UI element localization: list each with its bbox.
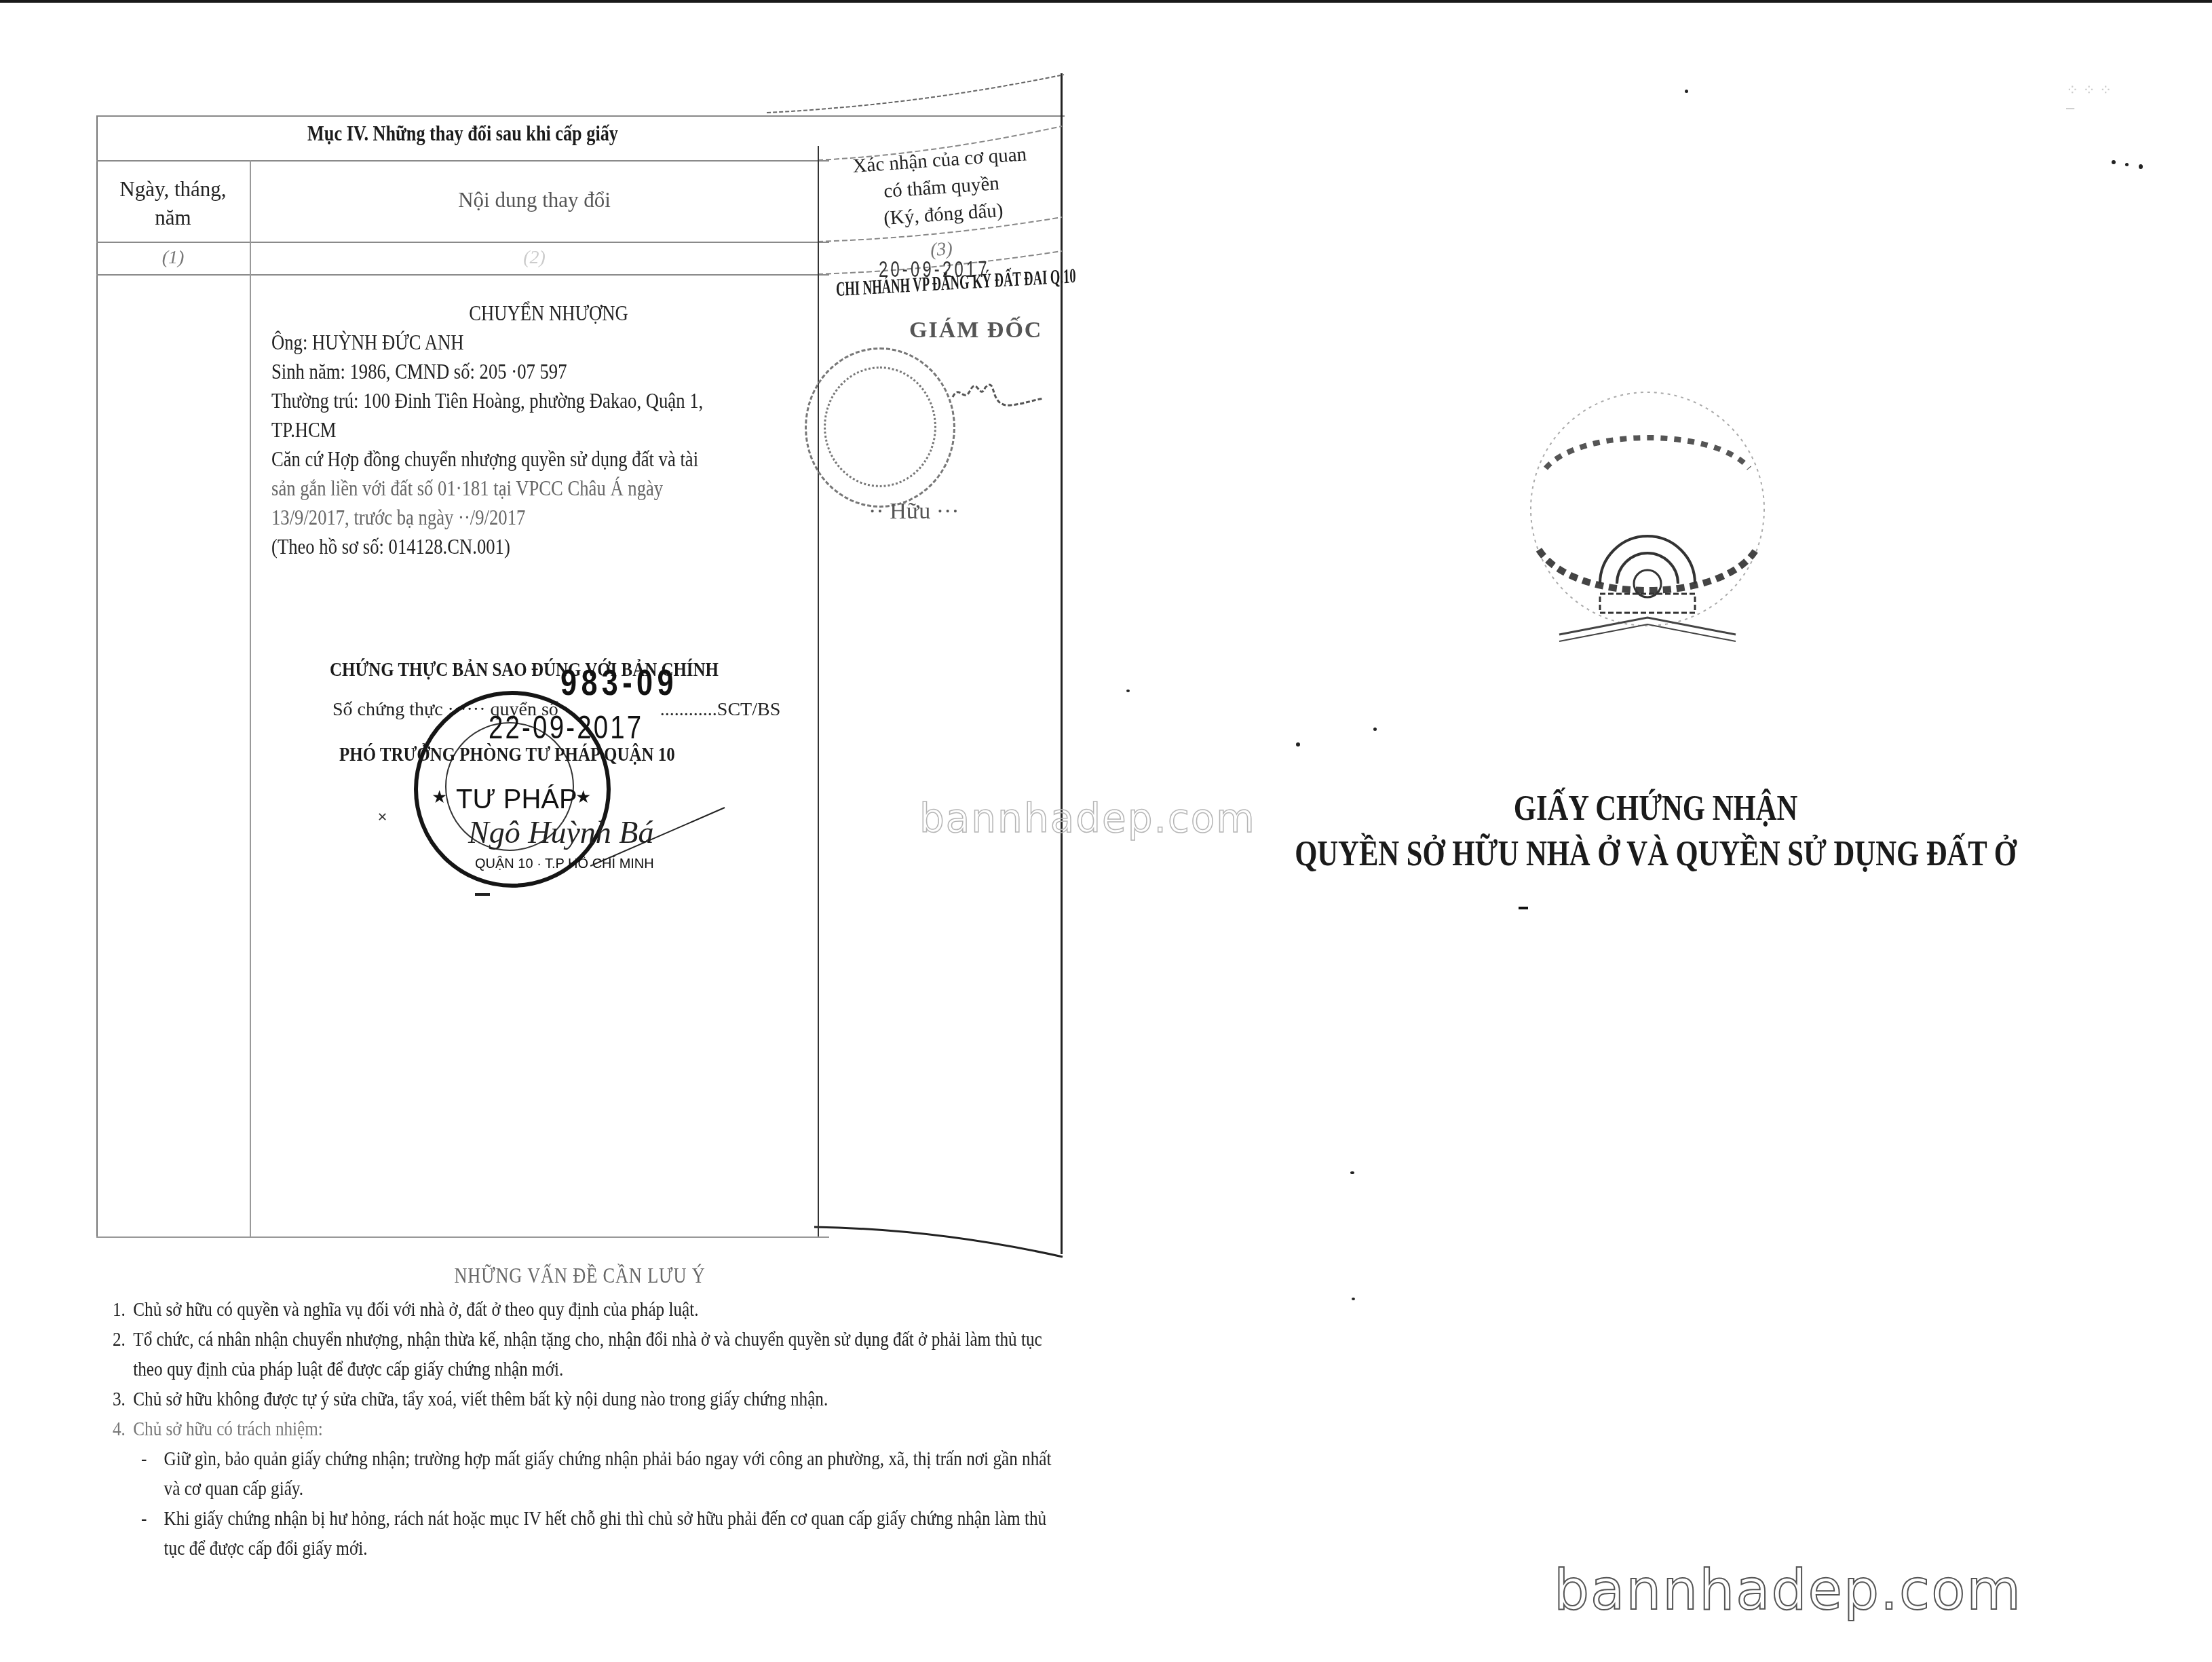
note-text: Chủ sở hữu có trách nhiệm:	[133, 1414, 323, 1444]
scan-mark	[1352, 1298, 1355, 1300]
note-item: 3. Chủ sở hữu không được tự ý sửa chữa, …	[113, 1384, 1053, 1414]
note-number: 2.	[113, 1325, 133, 1384]
note-item: 2. Tổ chức, cá nhân nhận chuyển nhượng, …	[113, 1325, 1053, 1384]
scan-mark: ✕	[377, 810, 387, 820]
confirmation-signature-icon	[950, 370, 1045, 411]
note-sub-item: - Khi giấy chứng nhận bị hư hỏng, rách n…	[113, 1504, 1053, 1564]
scan-mark	[1296, 742, 1300, 747]
certification-number: 983-09	[560, 662, 678, 704]
national-emblem-icon	[1519, 380, 1776, 665]
note-sub-text: Khi giấy chứng nhận bị hư hỏng, rách nát…	[164, 1504, 1053, 1564]
confirmation-role: GIÁM ĐỐC	[909, 318, 1042, 343]
entry-line: sản gắn liền với đất số 01·181 tại VPCC …	[271, 474, 750, 503]
col-header-date-l2: năm	[96, 204, 250, 232]
entry-line: Ông: HUỲNH ĐỨC ANH	[271, 328, 750, 357]
dash-bullet-icon: -	[141, 1444, 164, 1504]
certificate-title-line2: QUYỀN SỞ HỮU NHÀ Ở VÀ QUYỀN SỬ DỤNG ĐẤT …	[1266, 831, 2045, 878]
col-header-content: Nội dung thay đổi	[251, 186, 818, 214]
certification-office: PHÓ TRƯỞNG PHÒNG TƯ PHÁP QUẬN 10	[339, 744, 675, 766]
certificate-title: GIẤY CHỨNG NHẬN QUYỀN SỞ HỮU NHÀ Ở VÀ QU…	[1181, 787, 2131, 878]
rule-under-headers	[96, 242, 829, 243]
scan-mark	[1350, 1171, 1354, 1174]
entry-line: Căn cứ Hợp đồng chuyển nhượng quyền sử d…	[271, 445, 750, 474]
certification-signature-icon	[590, 801, 726, 869]
table-bottom-rule	[96, 1236, 829, 1238]
entry-line: (Theo hồ sơ số: 014128.CN.001)	[271, 532, 750, 561]
entry-heading: CHUYỂN NHƯỢNG	[271, 299, 826, 328]
scan-mark	[2112, 160, 2116, 164]
col-header-date-l1: Ngày, tháng,	[96, 175, 250, 204]
certification-block: CHỨNG THỰC BẢN SAO ĐÚNG VỚI BẢN CHÍNH	[330, 657, 782, 683]
notes-list: 1. Chủ sở hữu có quyền và nghĩa vụ đối v…	[113, 1295, 1053, 1564]
watermark-bottom: bannhadep.com	[1554, 1558, 2022, 1623]
scan-mark	[1126, 690, 1130, 692]
certification-date: 22-09-2017	[489, 709, 643, 747]
corner-faint-marks: ⁘ ⁘ ⁘ –	[2066, 81, 2112, 117]
page-curl-bottom	[814, 1226, 1065, 1260]
section-title: Mục IV. Những thay đổi sau khi cấp giấy	[162, 121, 763, 146]
rule-under-colnums	[96, 274, 829, 276]
entry-line: 13/9/2017, trước bạ ngày ··/9/2017	[271, 503, 750, 532]
entry-line: TP.HCM	[271, 415, 750, 445]
note-text: Tổ chức, cá nhân nhận chuyển nhượng, nhậ…	[133, 1325, 1053, 1384]
note-item: 4. Chủ sở hữu có trách nhiệm:	[113, 1414, 1053, 1444]
scan-mark	[1685, 90, 1688, 93]
certification-number-suffix: ............SCT/BS	[660, 699, 780, 720]
scan-top-edge	[0, 0, 2212, 3]
entry-line: Sinh năm: 1986, CMND số: 205 ·07 597	[271, 357, 750, 386]
certificate-title-line1: GIẤY CHỨNG NHẬN	[1266, 787, 2045, 831]
note-sub-item: - Giữ gìn, bảo quản giấy chứng nhận; trư…	[113, 1444, 1053, 1504]
seal-text-line2: TƯ PHÁP	[456, 785, 577, 815]
page-curl-top	[767, 73, 1065, 114]
col-divider-1	[250, 160, 251, 1236]
watermark-center: bannhadep.com	[919, 795, 1256, 842]
note-number: 4.	[113, 1414, 133, 1444]
scan-mark	[2125, 163, 2129, 166]
change-entry: CHUYỂN NHƯỢNG Ông: HUỲNH ĐỨC ANH Sinh nă…	[271, 299, 750, 561]
scan-mark	[1373, 728, 1377, 731]
col-header-confirm: Xác nhận của cơ quan có thẩm quyền (Ký, …	[818, 138, 1065, 236]
rule-under-section-title	[96, 160, 829, 162]
scan-mark	[475, 893, 490, 896]
note-item: 1. Chủ sở hữu có quyền và nghĩa vụ đối v…	[113, 1295, 1053, 1325]
col-number-1: (1)	[96, 247, 250, 269]
note-text: Chủ sở hữu không được tự ý sửa chữa, tẩy…	[133, 1384, 828, 1414]
entry-line: Thường trú: 100 Đinh Tiên Hoàng, phường …	[271, 386, 750, 415]
note-number: 3.	[113, 1384, 133, 1414]
note-number: 1.	[113, 1295, 133, 1325]
col-number-2: (2)	[251, 247, 818, 269]
col-header-date: Ngày, tháng, năm	[96, 175, 250, 232]
note-sub-text: Giữ gìn, bảo quản giấy chứng nhận; trườn…	[164, 1444, 1053, 1504]
note-text: Chủ sở hữu có quyền và nghĩa vụ đối với …	[133, 1295, 698, 1325]
scan-mark	[2139, 164, 2143, 169]
seal-star-icon: ★	[432, 787, 447, 808]
dash-bullet-icon: -	[141, 1504, 164, 1564]
scan-mark	[1519, 907, 1528, 909]
seal-star-icon: ★	[575, 787, 591, 808]
registration-seal-inner-icon	[824, 366, 936, 487]
notes-title: NHỮNG VẤN ĐỀ CẦN LƯU Ý	[169, 1264, 991, 1288]
confirmation-signer: ·· Hữu ···	[869, 499, 959, 525]
